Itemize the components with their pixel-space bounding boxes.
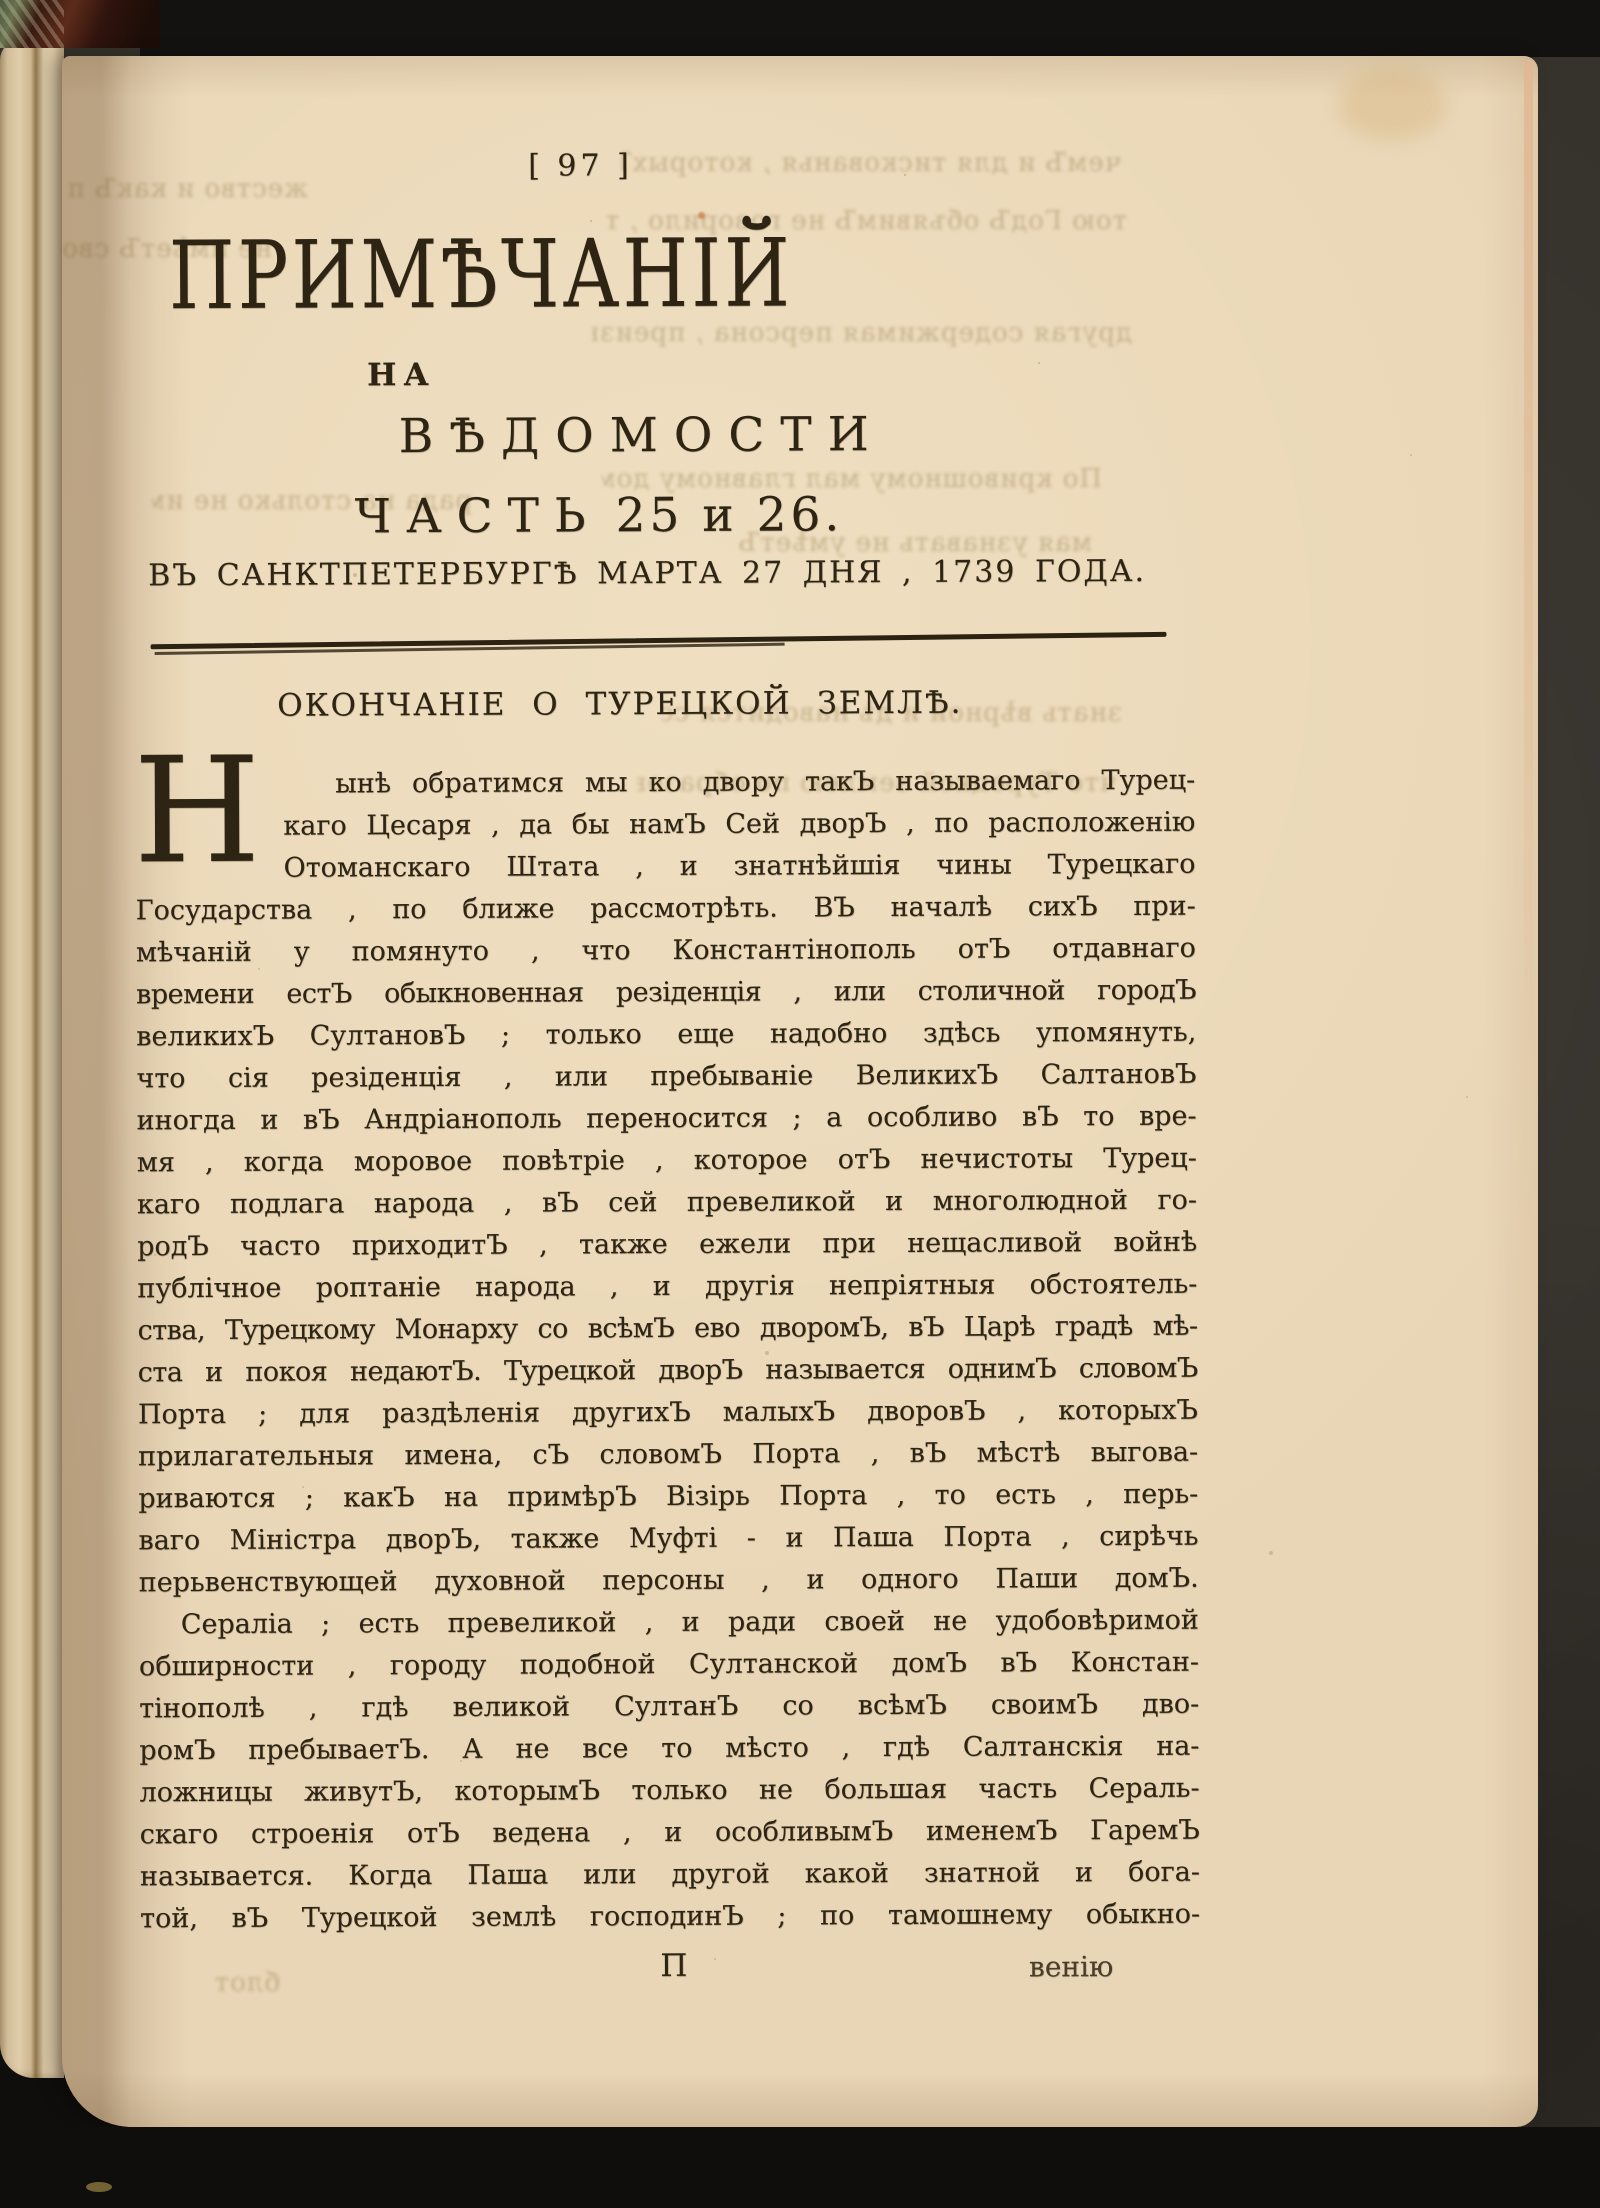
drop-cap: Н — [133, 738, 261, 885]
body-line: прилагательныя имена, сЪ словомЪ Порта ,… — [138, 1432, 1198, 1479]
title-preposition: НА — [221, 356, 581, 394]
page-edges-left — [0, 40, 64, 2078]
body-line: Сераліа ; есть превеликой , и ради своей… — [139, 1600, 1199, 1647]
body-line: Государства , по ближе рассмотрѣть. ВЪ н… — [136, 886, 1196, 933]
body-line: что сія резіденція , или пребываніе Вели… — [136, 1054, 1196, 1101]
page-footer: П венію — [140, 1946, 1200, 1999]
article-body: Н ынѣ обратимся мы ко двору такЪ называе… — [135, 760, 1200, 1941]
body-line: ваго Міністра дворЪ, также Муфті - и Паш… — [138, 1516, 1198, 1563]
part-line: ЧАСТЬ 25 и 26. — [134, 486, 1064, 545]
body-line: иногда и вЪ Андріанополь переносится ; а… — [137, 1096, 1197, 1143]
body-line: ромЪ пребываетЪ. А не все то мѣсто , гдѣ… — [139, 1726, 1199, 1773]
body-line: великихЪ СултановЪ ; только еще надобно … — [136, 1012, 1196, 1059]
body-line: времени естЪ обыкновенная резіденція , и… — [136, 970, 1196, 1017]
bottom-black-band — [0, 2127, 1600, 2208]
body-line: Отоманскаго Штата , и знатнѣйшія чины Ту… — [283, 844, 1195, 890]
page-number: [ 97 ] — [132, 146, 1028, 185]
publication-title: ПРИМѢЧАНІЙ — [169, 224, 777, 328]
body-line: публічное роптаніе народа , и другія неп… — [137, 1264, 1197, 1311]
body-line: Порта ; для раздѣленія другихЪ малыхЪ дв… — [138, 1390, 1198, 1437]
headband-stitching — [0, 0, 64, 48]
body-line: называется. Когда Паша или другой какой … — [140, 1852, 1200, 1899]
page-content: [ 97 ] ПРИМѢЧАНІЙ НА ВѢДОМОСТИ ЧАСТЬ 25 … — [132, 54, 1201, 2130]
body-line: ства, Турецкому Монарху со всѣмЪ ево дво… — [137, 1306, 1197, 1353]
book-spine — [0, 0, 160, 48]
divider-rule-stroke — [155, 643, 785, 655]
body-line: мя , когда моровое повѣтріе , которое от… — [137, 1138, 1197, 1185]
body-line: перьвенствующей духовной персоны , и одн… — [139, 1558, 1199, 1605]
paper-specks — [62, 56, 64, 58]
body-line: скаго строенія отЪ ведена , и особливымЪ… — [140, 1810, 1200, 1857]
book-scan: чемЪ и для тискованья , которыхЪ само чр… — [0, 0, 1600, 2208]
body-line: ста и покоя недаютЪ. Турецкой дворЪ назы… — [138, 1348, 1198, 1395]
body-line: тінополѣ , гдѣ великой СултанЪ со всѣмЪ … — [139, 1684, 1199, 1731]
part-label: ЧАСТЬ — [355, 488, 601, 544]
page-97: чемЪ и для тискованья , которыхЪ само чр… — [62, 56, 1538, 2127]
section-heading: ОКОНЧАНІЕ О ТУРЕЦКОЙ ЗЕМЛѢ. — [135, 684, 1105, 724]
paper-stain — [1337, 70, 1447, 140]
part-numbers: 25 и 26. — [615, 487, 843, 543]
body-line: той, вЪ Турецкой землѣ господинЪ ; по та… — [140, 1894, 1200, 1941]
body-line: риваются ; какЪ на примѣрЪ Візірь Порта … — [138, 1474, 1198, 1521]
binding-thread-speck — [86, 2182, 112, 2192]
body-line: каго Цесаря , да бы намЪ Сей дворЪ , по … — [283, 802, 1195, 848]
publication-subtitle: ВѢДОМОСТИ — [134, 406, 1150, 465]
catchword: венію — [1029, 1950, 1113, 1983]
body-line: ложницы живутЪ, которымЪ только не больш… — [139, 1768, 1199, 1815]
fore-edge-pages — [1524, 60, 1533, 1460]
signature-mark: П — [660, 1948, 687, 1984]
top-black-band — [140, 0, 1600, 57]
divider-rule — [151, 632, 1167, 649]
body-line: обширности , городу подобной Султанской … — [139, 1642, 1199, 1689]
body-line: родЪ часто приходитЪ , также ежели при н… — [137, 1222, 1197, 1269]
imprint-line: ВЪ САНКТПЕТЕРБУРГѢ МАРТА 27 ДНЯ , 1739 Г… — [148, 554, 1146, 593]
body-line: ынѣ обратимся мы ко двору такЪ называема… — [283, 760, 1195, 806]
body-line: мѣчаній у помянуто , что Константінополь… — [136, 928, 1196, 975]
body-line: каго подлага народа , вЪ сей превеликой … — [137, 1180, 1197, 1227]
